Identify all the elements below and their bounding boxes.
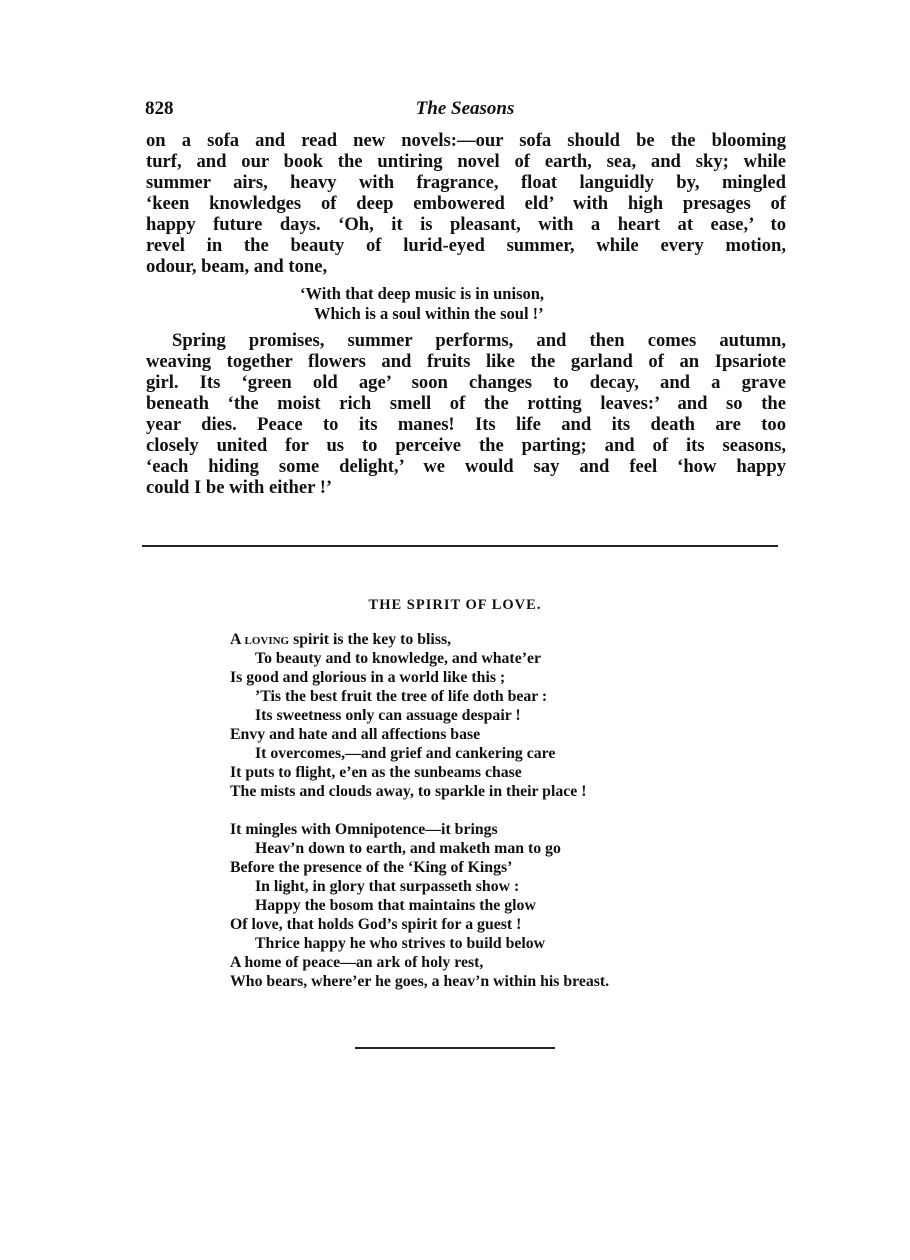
- text-line: girl. Its ‘green old age’ soon changes t…: [146, 372, 786, 393]
- text-line: on a sofa and read new novels:—our sofa …: [146, 130, 786, 151]
- poem-line: Envy and hate and all affections base: [230, 725, 587, 744]
- poem-stanza-2: It mingles with Omnipotence—it brings He…: [230, 820, 609, 991]
- text-line: happy future days. ‘Oh, it is pleasant, …: [146, 214, 786, 235]
- poem-line: A home of peace—an ark of holy rest,: [230, 953, 609, 972]
- poem-line: To beauty and to knowledge, and whate’er: [230, 649, 587, 668]
- text-line: Spring promises, summer performs, and th…: [146, 330, 786, 351]
- quote-line: ‘With that deep music is in unison,: [300, 284, 544, 304]
- poem-line: In light, in glory that surpasseth show …: [230, 877, 609, 896]
- poem-line: It mingles with Omnipotence—it brings: [230, 820, 609, 839]
- text-line: ‘each hiding some delight,’ we would say…: [146, 456, 786, 477]
- section-divider: [142, 545, 778, 547]
- poem-first-rest: spirit is the key to bliss,: [289, 631, 451, 648]
- poem-stanza-1: A loving spirit is the key to bliss, To …: [230, 630, 587, 801]
- text-line: could I be with either !’: [146, 477, 786, 498]
- poem-smallcaps-word: loving: [245, 631, 290, 648]
- poem-line: It puts to flight, e’en as the sunbeams …: [230, 763, 587, 782]
- text-line: weaving together flowers and fruits like…: [146, 351, 786, 372]
- poem-first-word: A: [230, 631, 245, 648]
- poem-title: THE SPIRIT OF LOVE.: [0, 597, 910, 614]
- text-line: summer airs, heavy with fragrance, float…: [146, 172, 786, 193]
- end-divider: [355, 1047, 555, 1049]
- poem-line: ’Tis the best fruit the tree of life dot…: [230, 687, 587, 706]
- poem-line: Of love, that holds God’s spirit for a g…: [230, 915, 609, 934]
- poem-line: Thrice happy he who strives to build bel…: [230, 934, 609, 953]
- poem-line: Is good and glorious in a world like thi…: [230, 668, 587, 687]
- text-line: odour, beam, and tone,: [146, 256, 786, 277]
- running-title: The Seasons: [145, 98, 785, 120]
- text-line: beneath ‘the moist rich smell of the rot…: [146, 393, 786, 414]
- text-line: year dies. Peace to its manes! Its life …: [146, 414, 786, 435]
- block-quotation: ‘With that deep music is in unison, Whic…: [300, 284, 544, 324]
- text-line: turf, and our book the untiring novel of…: [146, 151, 786, 172]
- poem-line: A loving spirit is the key to bliss,: [230, 630, 587, 649]
- paragraph-continued: on a sofa and read new novels:—our sofa …: [146, 130, 786, 277]
- poem-line: Who bears, where’er he goes, a heav’n wi…: [230, 972, 609, 991]
- poem-line: Before the presence of the ‘King of King…: [230, 858, 609, 877]
- poem-line: It overcomes,—and grief and cankering ca…: [230, 744, 587, 763]
- text-line: closely united for us to perceive the pa…: [146, 435, 786, 456]
- book-page: 828 The Seasons on a sofa and read new n…: [0, 0, 910, 1260]
- paragraph-seasons: Spring promises, summer performs, and th…: [146, 330, 786, 498]
- running-head: 828 The Seasons: [145, 98, 785, 122]
- poem-line: Happy the bosom that maintains the glow: [230, 896, 609, 915]
- quote-line: Which is a soul within the soul !’: [300, 304, 544, 324]
- poem-line: Its sweetness only can assuage despair !: [230, 706, 587, 725]
- text-line: revel in the beauty of lurid-eyed summer…: [146, 235, 786, 256]
- poem-line: Heav’n down to earth, and maketh man to …: [230, 839, 609, 858]
- text-line: ‘keen knowledges of deep embowered eld’ …: [146, 193, 786, 214]
- poem-line: The mists and clouds away, to sparkle in…: [230, 782, 587, 801]
